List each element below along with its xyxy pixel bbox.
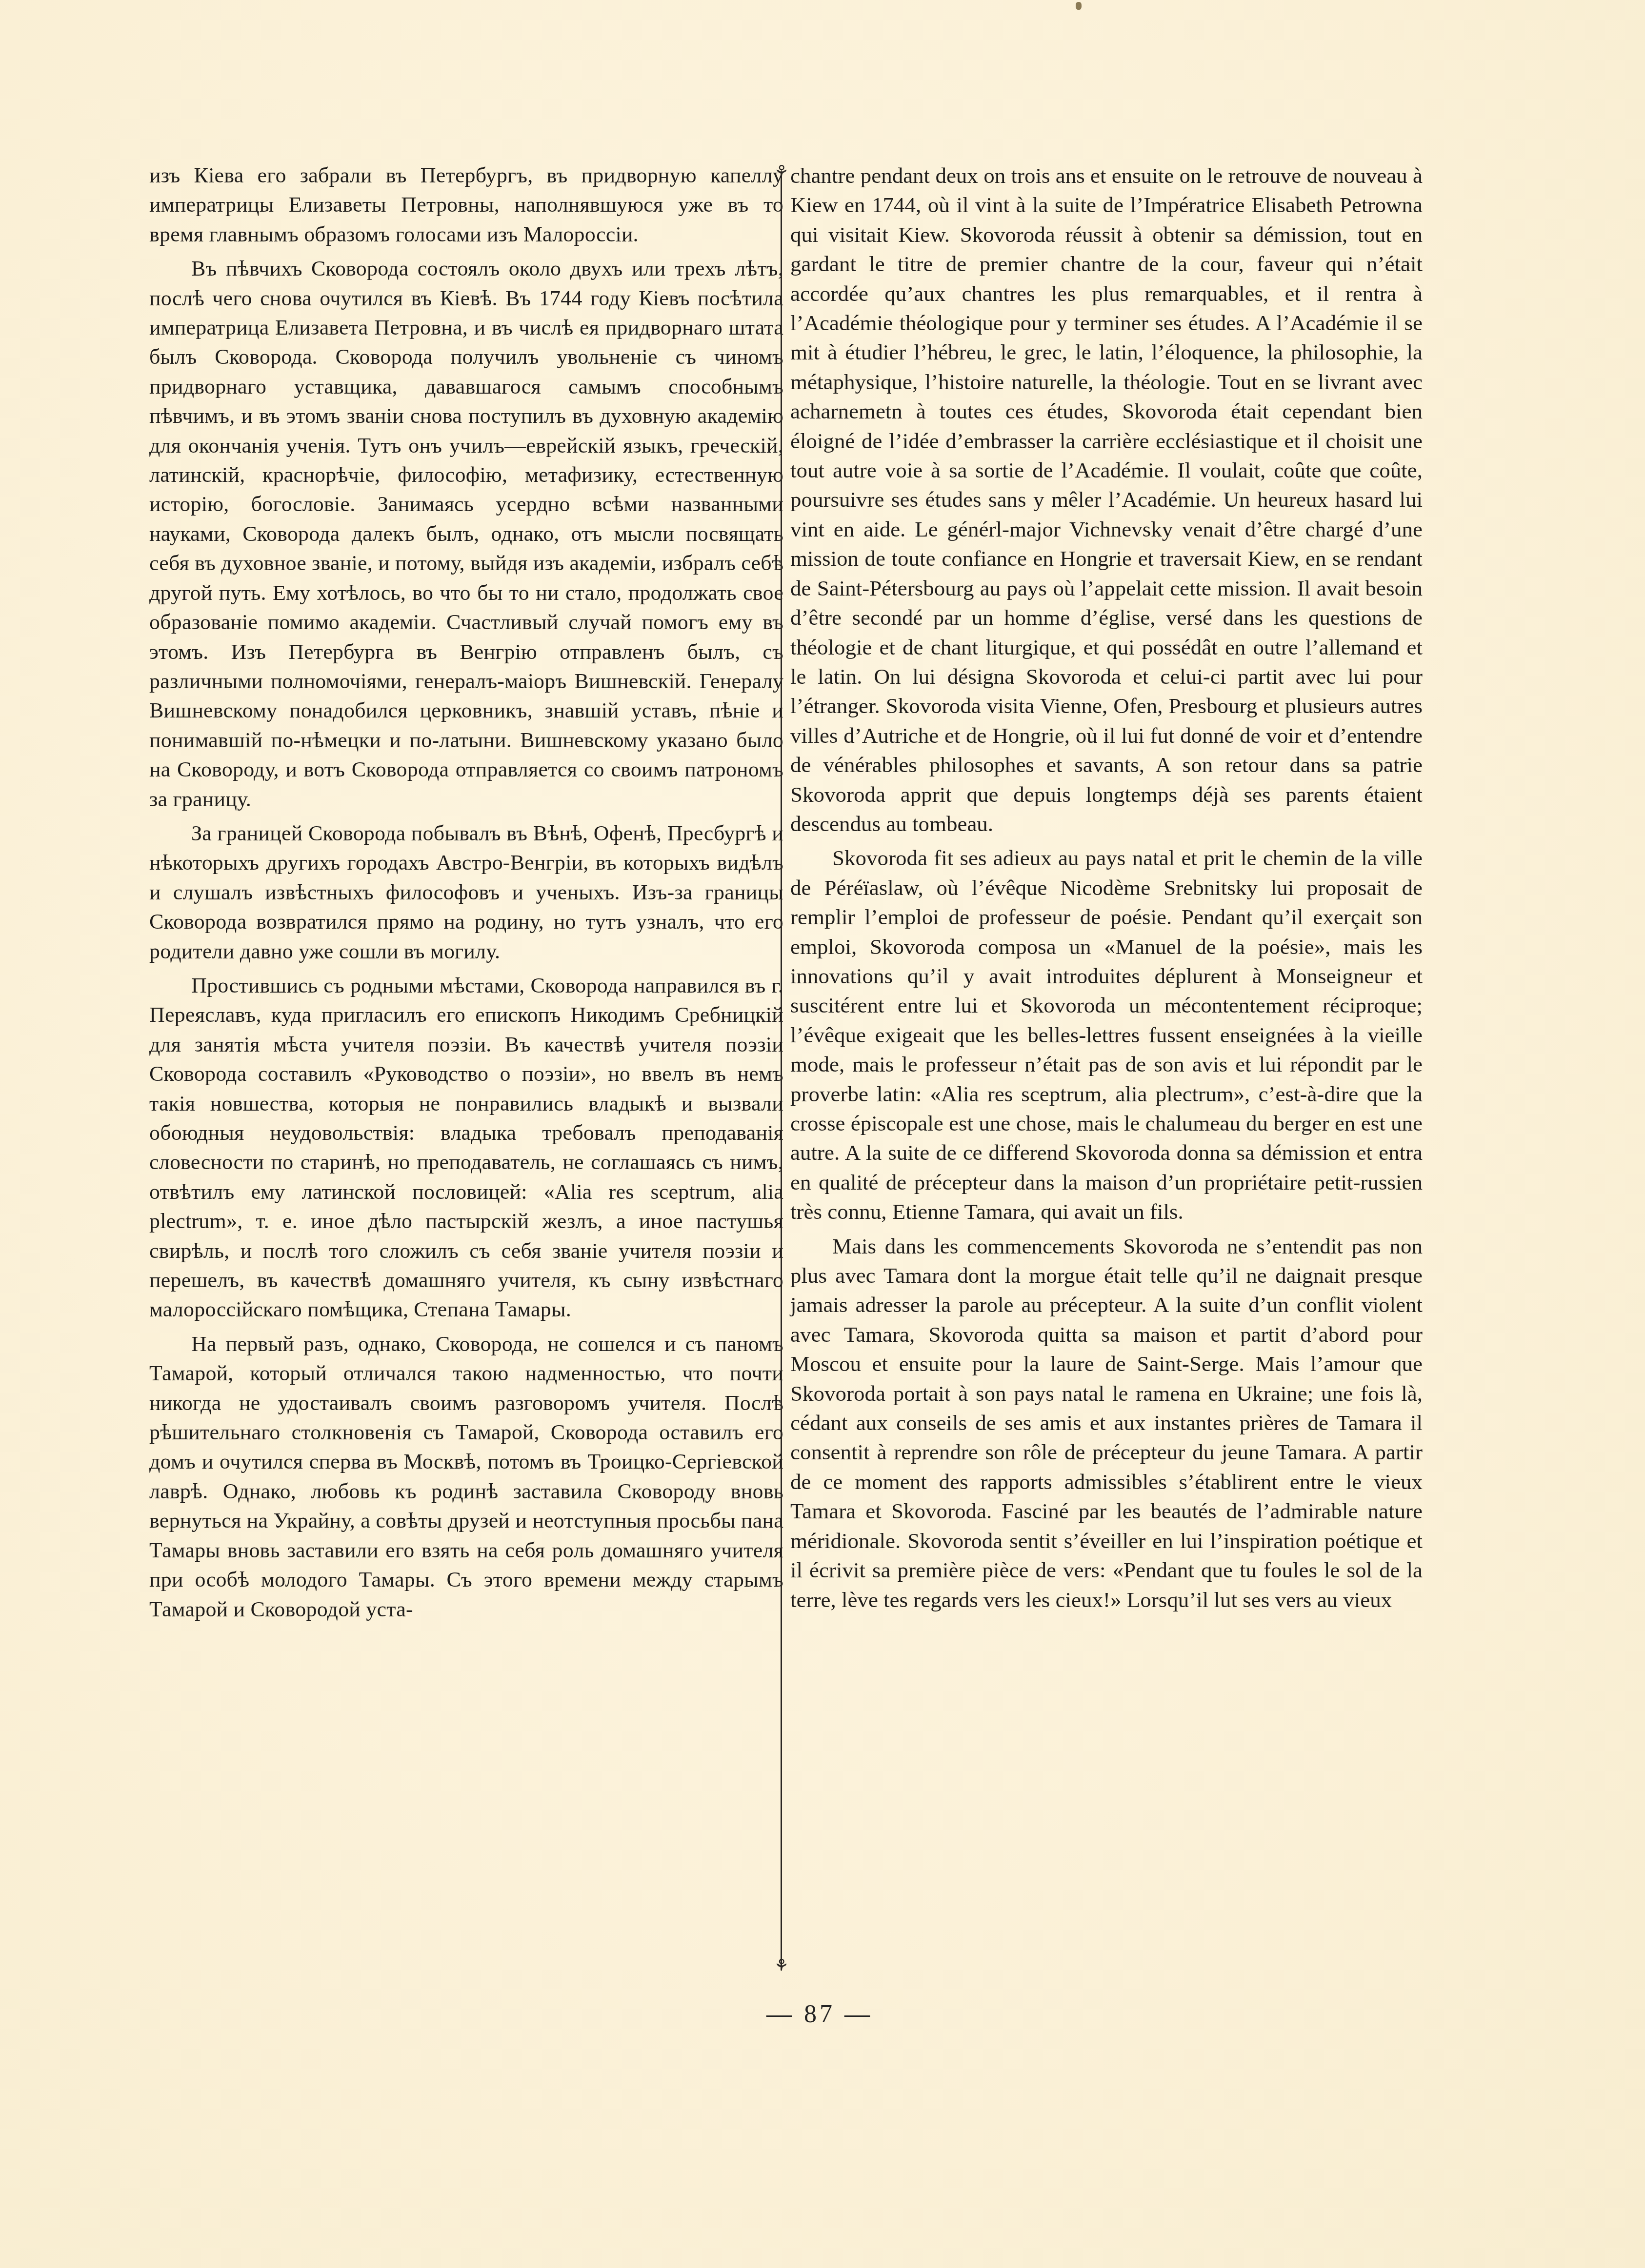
paper-speck bbox=[1076, 2, 1082, 10]
ru-paragraph-4: Простившись съ родными мѣстами, Сковород… bbox=[149, 971, 783, 1325]
russian-column: изъ Кіева его забрали въ Петербургъ, въ … bbox=[149, 161, 783, 1629]
book-page: изъ Кіева его забрали въ Петербургъ, въ … bbox=[0, 0, 1645, 2268]
column-divider-rule bbox=[781, 172, 782, 1970]
fr-paragraph-2: Skovoroda fit ses adieux au pays natal e… bbox=[790, 843, 1423, 1226]
ru-paragraph-1: изъ Кіева его забрали въ Петербургъ, въ … bbox=[149, 161, 783, 249]
page-number: — 87 — bbox=[732, 2000, 907, 2029]
french-column: chantre pendant deux on trois ans et ens… bbox=[790, 161, 1423, 1619]
ru-paragraph-2: Въ пѣвчихъ Сковорода состоялъ около двух… bbox=[149, 254, 783, 814]
fr-paragraph-1: chantre pendant deux on trois ans et ens… bbox=[790, 161, 1423, 838]
column-divider-ornament-bottom-icon: ⚘ bbox=[772, 1956, 791, 1975]
ru-paragraph-5: На первый разъ, однако, Сковорода, не со… bbox=[149, 1330, 783, 1624]
ru-paragraph-3: За границей Сковорода побывалъ въ Вѣнѣ, … bbox=[149, 819, 783, 966]
fr-paragraph-3: Mais dans les commencements Skovoroda ne… bbox=[790, 1232, 1423, 1614]
